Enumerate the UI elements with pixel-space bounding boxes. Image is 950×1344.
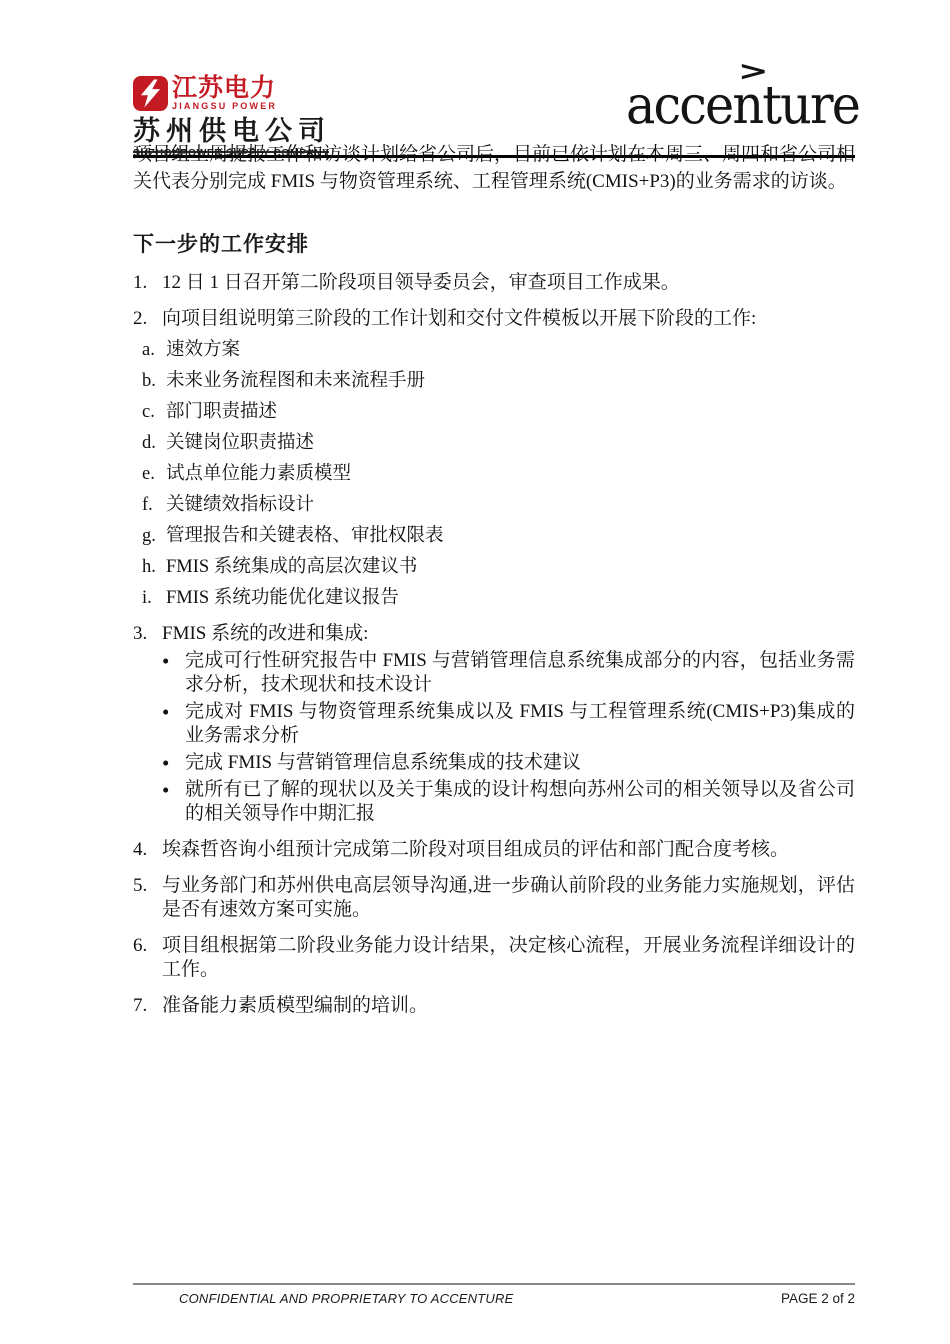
list-item-text: 试点单位能力素质模型	[166, 464, 351, 484]
list-marker: 2.	[133, 307, 147, 331]
list-item: 2.向项目组说明第三阶段的工作计划和交付文件模板以开展下阶段的工作:	[133, 307, 855, 331]
list-item: 4.埃森哲咨询小组预计完成第二阶段对项目组成员的评估和部门配合度考核。	[133, 838, 855, 862]
page-number: PAGE 2 of 2	[781, 1291, 855, 1306]
document-body: 项目组上周提报工作和访谈计划给省公司后，目前已依计划在本周三、周四和省公司相关代…	[133, 141, 855, 1018]
list-item: 1.12 日 1 日召开第二阶段项目领导委员会，审查项目工作成果。	[133, 271, 855, 295]
section-title: 下一步的工作安排	[133, 231, 855, 259]
list-item: a.速效方案	[133, 338, 855, 362]
list-item: •完成 FMIS 与营销管理信息系统集成的技术建议	[133, 751, 855, 775]
list-marker: b.	[142, 369, 156, 393]
list-marker: c.	[142, 400, 155, 424]
list-item-text: 关键绩效指标设计	[166, 495, 314, 515]
lightning-icon	[133, 76, 172, 116]
list-item-text: FMIS 系统功能优化建议报告	[166, 588, 399, 608]
intro-paragraph: 项目组上周提报工作和访谈计划给省公司后，目前已依计划在本周三、周四和省公司相关代…	[133, 141, 855, 195]
list-marker: g.	[142, 524, 156, 548]
list-item: f.关键绩效指标设计	[133, 493, 855, 517]
list-item: d.关键岗位职责描述	[133, 431, 855, 455]
list-item-text: 关键岗位职责描述	[166, 433, 314, 453]
footer-rule	[133, 1283, 855, 1285]
list-item-text: 管理报告和关键表格、审批权限表	[166, 526, 444, 546]
accenture-wordmark: accenture	[626, 80, 840, 132]
list-item: b.未来业务流程图和未来流程手册	[133, 369, 855, 393]
page-footer: CONFIDENTIAL AND PROPRIETARY TO ACCENTUR…	[133, 1291, 855, 1306]
list-item-text: 完成可行性研究报告中 FMIS 与营销管理信息系统集成部分的内容，包括业务需求分…	[185, 650, 855, 695]
list-marker: f.	[142, 493, 153, 517]
list-item: •就所有已了解的现状以及关于集成的设计构想向苏州公司的相关领导以及省公司的相关领…	[133, 778, 855, 826]
list-marker: 7.	[133, 994, 147, 1018]
list-item-text: 与业务部门和苏州供电高层领导沟通,进一步确认前阶段的业务能力实施规划，评估是否有…	[162, 875, 855, 920]
list-item: •完成可行性研究报告中 FMIS 与营销管理信息系统集成部分的内容，包括业务需求…	[133, 649, 855, 697]
list-item: 6.项目组根据第二阶段业务能力设计结果，决定核心流程，开展业务流程详细设计的工作…	[133, 934, 855, 982]
list-item: 3.FMIS 系统的改进和集成:	[133, 622, 855, 646]
list-item-text: FMIS 系统集成的高层次建议书	[166, 557, 417, 577]
list-marker: a.	[142, 338, 155, 362]
list-item-text: 向项目组说明第三阶段的工作计划和交付文件模板以开展下阶段的工作:	[162, 308, 756, 329]
list-marker: h.	[142, 555, 156, 579]
list-item: 7.准备能力素质模型编制的培训。	[133, 994, 855, 1018]
list-item-text: 埃森哲咨询小组预计完成第二阶段对项目组成员的评估和部门配合度考核。	[162, 839, 789, 860]
list-marker: i.	[142, 586, 152, 610]
list-item-text: 完成对 FMIS 与物资管理系统集成以及 FMIS 与工程管理系统(CMIS+P…	[185, 701, 855, 746]
confidentiality-notice: CONFIDENTIAL AND PROPRIETARY TO ACCENTUR…	[179, 1291, 513, 1306]
bullet-icon: •	[162, 778, 169, 802]
list-item-text: 完成 FMIS 与营销管理信息系统集成的技术建议	[185, 752, 581, 773]
list-item-text: 速效方案	[166, 340, 240, 360]
list-marker: 5.	[133, 874, 147, 898]
list-item: c.部门职责描述	[133, 400, 855, 424]
brand-name-en: JIANGSU POWER	[172, 101, 277, 111]
list-item-text: 12 日 1 日召开第二阶段项目领导委员会，审查项目工作成果。	[162, 272, 680, 293]
list-item-text: 就所有已了解的现状以及关于集成的设计构想向苏州公司的相关领导以及省公司的相关领导…	[185, 779, 855, 824]
list-item: 5.与业务部门和苏州供电高层领导沟通,进一步确认前阶段的业务能力实施规划，评估是…	[133, 874, 855, 922]
list-item: i.FMIS 系统功能优化建议报告	[133, 586, 855, 610]
brand-name-cn: 江苏电力	[172, 76, 277, 100]
list-marker: 4.	[133, 838, 147, 862]
list-marker: 1.	[133, 271, 147, 295]
bullet-icon: •	[162, 649, 169, 673]
bullet-icon: •	[162, 700, 169, 724]
list-item: h.FMIS 系统集成的高层次建议书	[133, 555, 855, 579]
list-item-text: FMIS 系统的改进和集成:	[162, 623, 368, 644]
list-item-text: 未来业务流程图和未来流程手册	[166, 371, 425, 391]
document-page: 江苏电力 JIANGSU POWER 苏州供电公司 SUZHOUPOWER SU…	[0, 0, 950, 1344]
list-item-text: 准备能力素质模型编制的培训。	[162, 995, 428, 1016]
list-item: g.管理报告和关键表格、审批权限表	[133, 524, 855, 548]
list-marker: d.	[142, 431, 156, 455]
list-marker: 6.	[133, 934, 147, 958]
list-item: •完成对 FMIS 与物资管理系统集成以及 FMIS 与工程管理系统(CMIS+…	[133, 700, 855, 748]
list-item-text: 项目组根据第二阶段业务能力设计结果，决定核心流程，开展业务流程详细设计的工作。	[162, 935, 855, 980]
list-marker: e.	[142, 462, 155, 486]
bullet-icon: •	[162, 751, 169, 775]
work-plan-list: 1.12 日 1 日召开第二阶段项目领导委员会，审查项目工作成果。 2.向项目组…	[133, 271, 855, 1018]
accenture-logo: > accenture	[626, 80, 856, 140]
list-item: e.试点单位能力素质模型	[133, 462, 855, 486]
list-item-text: 部门职责描述	[166, 402, 277, 422]
list-marker: 3.	[133, 622, 147, 646]
